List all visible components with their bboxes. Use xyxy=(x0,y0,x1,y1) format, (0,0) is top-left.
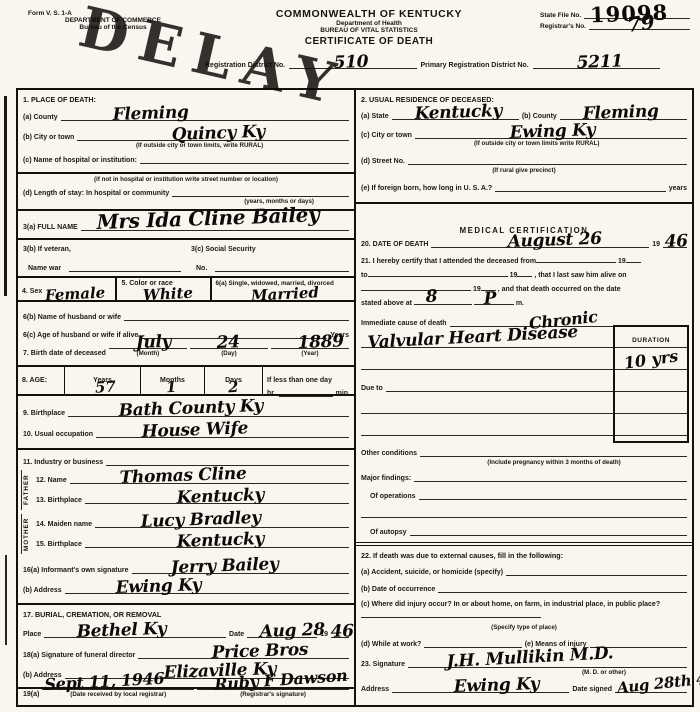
divider xyxy=(18,448,354,450)
veteran-block: 3(b) If veteran, Name war xyxy=(18,242,186,272)
name-war-line xyxy=(69,264,181,272)
marital-cell: 6(a) Single, widowed, married, divorced … xyxy=(210,278,354,300)
date-of-death-label: 20. DATE OF DEATH xyxy=(361,241,428,248)
full-name-line: Mrs Ida Cline Bailey xyxy=(81,223,349,231)
section-veteran-ss: 3(b) If veteran, Name war 3(c) Social Se… xyxy=(18,240,354,276)
father-name-label: 12. Name xyxy=(36,477,67,484)
birth-year-line: 1889 xyxy=(271,348,349,349)
burial-year-value: 46 xyxy=(330,621,354,642)
marital-value: Married xyxy=(251,283,320,305)
cause-of-death-block: DURATION 10 yrs Immediate cause of death… xyxy=(356,313,692,466)
birth-month-seg: July (Month) xyxy=(109,348,187,357)
birth-day-seg: 24 (Day) xyxy=(190,348,268,357)
social-security-label: 3(c) Social Security xyxy=(186,242,354,253)
informant-address-line: Ewing Ky xyxy=(65,586,349,594)
left-column: 1. PLACE OF DEATH: (a) County Fleming (b… xyxy=(18,90,356,705)
father-vertical-label: FATHER xyxy=(21,470,31,510)
header-right: State File No. 19098 Registrar's No. 79 xyxy=(540,8,690,47)
hour-value: 8 xyxy=(425,287,437,307)
residence-county-line: Fleming xyxy=(560,112,687,120)
registrar-signature-line: Ruby F Dawson xyxy=(197,689,349,690)
registrar-no-line: 79 xyxy=(589,23,690,30)
immediate-cause-label: Immediate cause of death xyxy=(361,320,447,327)
street-no-note: (If rural give precinct) xyxy=(356,167,692,174)
ext-where-note: (Specify type of place) xyxy=(356,624,692,631)
blank-line xyxy=(361,284,471,291)
city-value: Quincy Ky xyxy=(172,122,266,145)
divider xyxy=(18,172,354,174)
major-findings-label: Major findings: xyxy=(361,475,411,482)
full-name-label: 3(a) FULL NAME xyxy=(23,224,78,231)
duration-value: 10 yrs xyxy=(614,345,688,374)
registrar-no-value: 79 xyxy=(626,9,656,37)
funeral-director-label: 18(a) Signature of funeral director xyxy=(23,652,135,659)
dod-year-prefix: 19 xyxy=(652,241,660,248)
primary-district-value: 5211 xyxy=(577,51,624,73)
blank-line xyxy=(368,270,508,277)
street-note: (If not in hospital or institution write… xyxy=(18,176,354,183)
age-years-value: 57 xyxy=(94,377,116,396)
birth-month-value: July xyxy=(135,332,171,353)
burial-date-line: Aug 28 xyxy=(247,630,317,638)
residence-county-label: (b) County xyxy=(522,113,557,120)
father-name-value: Thomas Cline xyxy=(119,464,246,488)
ext-work-label: (d) While at work? xyxy=(361,641,421,648)
physician-address-line: Ewing Ky xyxy=(392,685,569,693)
age-days-value: 2 xyxy=(227,378,239,397)
age-months-value: 1 xyxy=(166,378,178,397)
birth-date-label: 7. Birth date of deceased xyxy=(23,350,106,357)
other-conditions-note: (Include pregnancy within 3 months of de… xyxy=(356,459,692,466)
year-19: 19 xyxy=(510,272,518,279)
due-to-label: Due to xyxy=(361,385,383,392)
registrar-row-number: 19(a) xyxy=(23,691,39,698)
ext-accident-line xyxy=(506,568,687,576)
age-days-cell: Days 2 xyxy=(204,367,262,394)
spouse-age-label: 6(c) Age of husband or wife if alive xyxy=(23,332,138,339)
registrar-row: 19(a) Sept 11, 1946 (Date received by lo… xyxy=(18,689,354,698)
street-no-line xyxy=(408,157,687,165)
length-of-stay-line xyxy=(172,189,349,197)
residence-city-value: Ewing Ky xyxy=(509,120,595,143)
foreign-born-unit: years xyxy=(669,185,687,192)
burial-place-line: Bethel Ky xyxy=(44,630,226,638)
mother-birthplace-value: Kentucky xyxy=(177,529,265,552)
to-label: to xyxy=(361,272,368,279)
registrar-no-label: Registrar's No. xyxy=(540,23,586,30)
occupation-line: House Wife xyxy=(96,430,349,438)
scan-artifact-left-edge-2 xyxy=(5,555,7,645)
hr-line xyxy=(279,389,333,397)
primary-district-line: 5211 xyxy=(533,61,660,69)
blank-line xyxy=(626,256,641,263)
hour-line: 8 xyxy=(414,298,472,305)
ext-where-line xyxy=(361,611,541,618)
ampm-value: P xyxy=(483,289,496,309)
ext-date-line xyxy=(438,585,687,593)
birth-year-seg: 1889 (Year) xyxy=(271,348,349,357)
other-conditions-line xyxy=(420,449,687,457)
father-block: FATHER 12. Name Thomas Cline 13. Birthpl… xyxy=(18,470,354,510)
section-full-name: 3(a) FULL NAME Mrs Ida Cline Bailey xyxy=(18,211,354,240)
section-burial: 17. BURIAL, CREMATION, OR REMOVAL Place … xyxy=(18,605,354,638)
ext-date-label: (b) Date of occurrence xyxy=(361,586,435,593)
min-label: min. xyxy=(336,390,350,397)
birthplace-value: Bath County Ky xyxy=(118,396,263,421)
county-label: (a) County xyxy=(23,114,58,121)
mother-birthplace-label: 15. Birthplace xyxy=(36,541,82,548)
burial-date-label: Date xyxy=(229,631,244,638)
certify-text-1: 21. I hereby certify that I attended the… xyxy=(361,258,536,265)
race-value: White xyxy=(143,284,194,305)
duration-box: DURATION 10 yrs xyxy=(613,325,689,443)
hospital-label: (c) Name of hospital or institution: xyxy=(23,157,137,164)
death-certificate-scan: DELAY Form V. S. 1-A DEPARTMENT OF COMME… xyxy=(0,0,700,712)
physician-address-label: Address xyxy=(361,686,389,693)
date-of-death-line: August 26 xyxy=(431,240,649,248)
dept-of-health: Department of Health xyxy=(198,20,540,27)
burial-place-label: Place xyxy=(23,631,41,638)
physician-signature-line: J.H. Mullikin M.D. xyxy=(408,660,687,668)
city-label: (b) City or town xyxy=(23,134,74,141)
ext-work-line xyxy=(424,640,521,648)
name-war-label: Name war xyxy=(23,261,66,272)
registrar-date-seg: Sept 11, 1946 (Date received by local re… xyxy=(42,689,194,698)
birthplace-label: 9. Birthplace xyxy=(23,410,65,417)
birthplace-line: Bath County Ky xyxy=(68,409,349,417)
external-causes-title: 22. If death was due to external causes,… xyxy=(356,548,692,560)
father-birthplace-label: 13. Birthplace xyxy=(36,497,82,504)
dod-year-line: 46 xyxy=(663,240,687,248)
birth-year-value: 1889 xyxy=(298,331,345,353)
residence-city-line: Ewing Ky xyxy=(415,131,687,139)
of-operations-label: Of operations xyxy=(370,493,416,500)
residence-city-label: (c) City or town xyxy=(361,132,412,139)
duration-label: DURATION xyxy=(632,337,670,344)
sex-value: Female xyxy=(45,283,106,304)
physician-address-value: Ewing Ky xyxy=(453,674,539,697)
informant-address-label: (b) Address xyxy=(23,587,62,594)
dod-year-value: 46 xyxy=(664,231,688,252)
section-external-causes: 22. If death was due to external causes,… xyxy=(356,546,692,648)
social-security-block: 3(c) Social Security No. xyxy=(186,242,354,272)
burial-year-line: 46 xyxy=(331,630,349,638)
spouse-name-line xyxy=(124,313,349,321)
occupation-value: House Wife xyxy=(141,418,248,442)
foreign-born-line xyxy=(495,184,666,192)
mother-block: MOTHER 14. Maiden name Lucy Bradley 15. … xyxy=(18,514,354,554)
sex-label: 4. Sex xyxy=(22,288,42,295)
physician-signature-label: 23. Signature xyxy=(361,661,405,668)
m-label: m. xyxy=(516,300,524,307)
registrar-date-line: Sept 11, 1946 xyxy=(42,689,194,690)
certify-text-3: , and that death occurred on the date xyxy=(498,286,621,293)
blank-line xyxy=(517,270,532,277)
mother-name-value: Lucy Bradley xyxy=(140,508,261,532)
sex-cell: 4. Sex Female xyxy=(18,278,115,300)
year-19: 19 xyxy=(618,258,626,265)
hr-label: hr. xyxy=(267,390,276,397)
primary-district-label: Primary Registration District No. xyxy=(421,62,529,69)
informant-address-value: Ewing Ky xyxy=(115,575,201,598)
industry-label: 11. Industry or business xyxy=(23,459,103,466)
residence-state-line: Kentucky xyxy=(392,112,519,120)
informant-signature-line: Jerry Bailey xyxy=(132,566,349,574)
funeral-director-line: Price Bros xyxy=(138,651,349,659)
foreign-born-label: (e) If foreign born, how long in U. S. A… xyxy=(361,185,492,192)
birth-month-line: July xyxy=(109,348,187,349)
county-line: Fleming xyxy=(61,113,349,121)
ampm-line: P xyxy=(474,298,514,305)
race-cell: 5. Color or race White xyxy=(115,278,209,300)
year-19: 19 xyxy=(473,286,481,293)
commonwealth-title: COMMONWEALTH OF KENTUCKY xyxy=(198,8,540,20)
father-birthplace-line: Kentucky xyxy=(85,496,349,504)
date-signed-line: Aug 28th 46 xyxy=(615,685,687,693)
state-file-label: State File No. xyxy=(540,12,581,19)
registrar-signature-seg: Ruby F Dawson (Registrar's signature) xyxy=(197,689,349,698)
mother-vertical-label: MOTHER xyxy=(21,514,31,554)
length-of-stay-label: (d) Length of stay: In hospital or commu… xyxy=(23,190,169,197)
scan-artifact-left-edge xyxy=(4,96,7,296)
right-column: 2. USUAL RESIDENCE OF DECEASED: (a) Stat… xyxy=(356,90,692,705)
mother-name-label: 14. Maiden name xyxy=(36,521,92,528)
stated-above-label: stated above at xyxy=(361,300,412,307)
residence-state-label: (a) State xyxy=(361,113,389,120)
birth-date-row: 7. Birth date of deceased July (Month) 2… xyxy=(18,348,354,357)
veteran-label: 3(b) If veteran, xyxy=(18,242,186,253)
blank-line xyxy=(536,256,616,263)
ext-where-paragraph: (c) Where did injury occur? In or about … xyxy=(356,599,692,623)
ext-where-label: (c) Where did injury occur? In or about … xyxy=(361,601,660,608)
informant-signature-label: 16(a) Informant's own signature xyxy=(23,567,129,574)
age-years-cell: Years 57 xyxy=(64,367,140,394)
birth-day-line: 24 xyxy=(190,348,268,349)
informant-signature-value: Jerry Bailey xyxy=(170,554,279,578)
mother-name-line: Lucy Bradley xyxy=(95,520,349,528)
burial-title: 17. BURIAL, CREMATION, OR REMOVAL xyxy=(18,607,354,619)
other-conditions-label: Other conditions xyxy=(361,450,417,457)
sex-race-marital-band: 4. Sex Female 5. Color or race White 6(a… xyxy=(18,276,354,302)
spouse-name-label: 6(b) Name of husband or wife xyxy=(23,314,121,321)
residence-state-value: Kentucky xyxy=(414,101,502,124)
county-value: Fleming xyxy=(112,102,189,125)
certify-paragraph: 21. I hereby certify that I attended the… xyxy=(356,255,692,311)
father-birthplace-value: Kentucky xyxy=(177,485,265,508)
age-label: 8. AGE: xyxy=(22,377,47,384)
age-months-cell: Months 1 xyxy=(140,367,204,394)
ss-no-line xyxy=(215,264,349,272)
age-less-cell: If less than one day hr. min. xyxy=(262,367,354,394)
birth-day-value: 24 xyxy=(217,332,241,353)
age-label-cell: 8. AGE: xyxy=(18,367,64,394)
section-physician: 23. Signature J.H. Mullikin M.D. (M. D. … xyxy=(356,651,692,701)
mother-birthplace-line: Kentucky xyxy=(85,540,349,548)
burial-place-value: Bethel Ky xyxy=(76,619,166,642)
city-line: Quincy Ky xyxy=(77,133,349,141)
father-name-line: Thomas Cline xyxy=(70,476,349,484)
date-of-death-value: August 26 xyxy=(507,229,602,252)
ss-no-label: No. xyxy=(191,261,212,272)
street-no-label: (d) Street No. xyxy=(361,158,405,165)
less-than-day-label: If less than one day xyxy=(267,377,332,384)
section-usual-residence: 2. USUAL RESIDENCE OF DECEASED: (a) Stat… xyxy=(356,90,692,204)
date-signed-label: Date signed xyxy=(572,686,612,693)
hospital-line xyxy=(140,156,349,164)
form-body: 1. PLACE OF DEATH: (a) County Fleming (b… xyxy=(16,88,694,707)
burial-date-value: Aug 28 xyxy=(259,620,325,642)
occupation-label: 10. Usual occupation xyxy=(23,431,93,438)
major-findings-line xyxy=(414,474,687,482)
age-band: 8. AGE: Years 57 Months 1 Days 2 If less… xyxy=(18,365,354,396)
certify-text-2: , that I last saw him alive on xyxy=(534,272,626,279)
ext-accident-label: (a) Accident, suicide, or homicide (spec… xyxy=(361,569,503,576)
of-operations-line xyxy=(419,492,687,500)
of-autopsy-line xyxy=(410,528,687,536)
of-autopsy-label: Of autopsy xyxy=(370,529,407,536)
blank-line xyxy=(361,510,687,518)
